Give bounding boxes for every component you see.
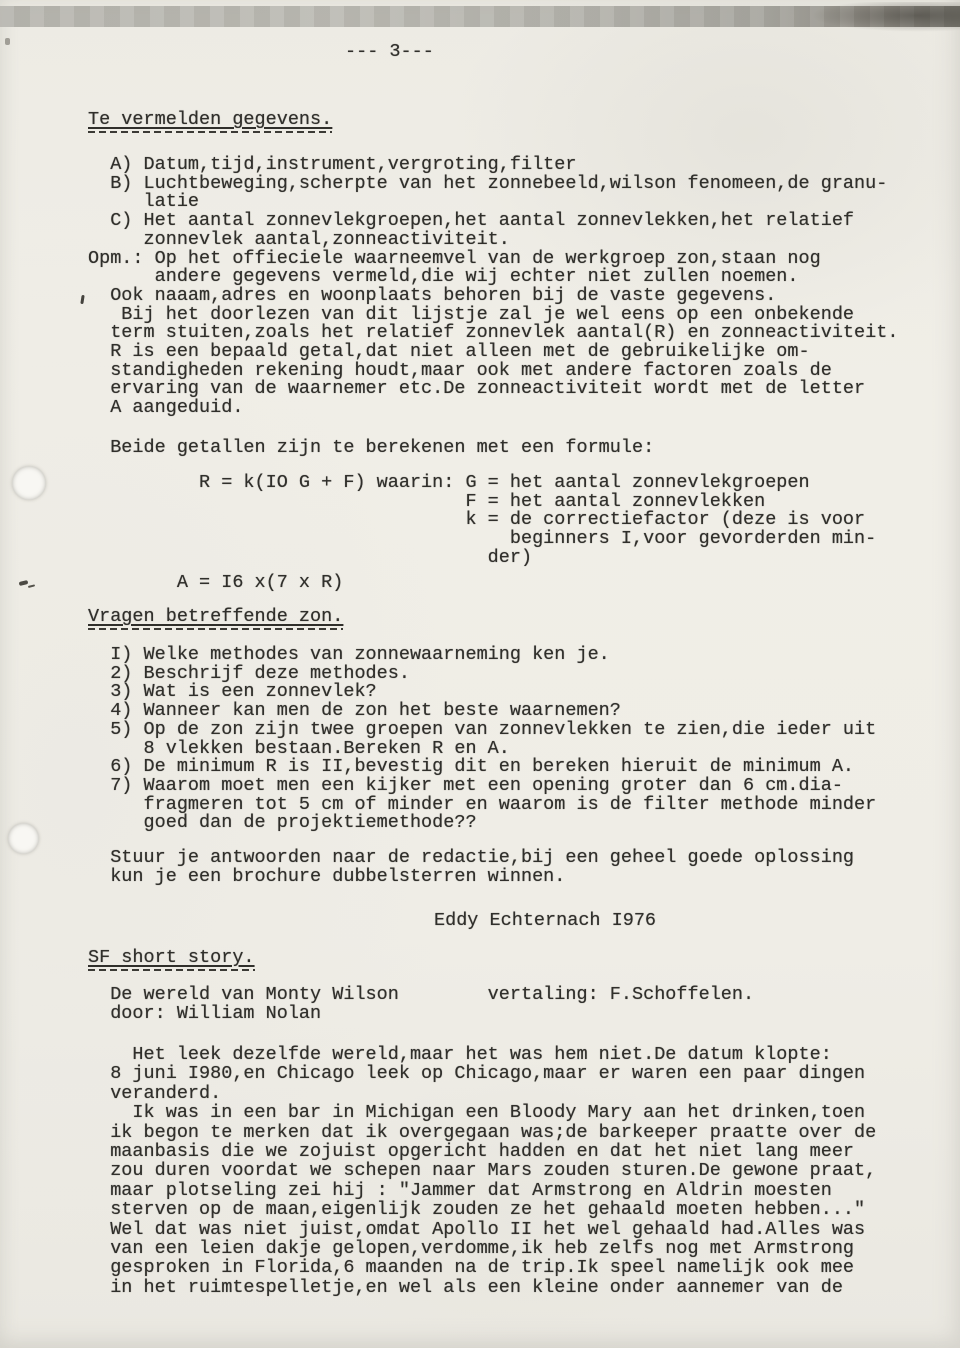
page-number: --- 3--- [345,43,434,62]
gegevens-intro-text: A) Datum,tijd,instrument,vergroting,filt… [88,156,898,418]
dashed-underline [88,131,332,133]
margin-apostrophe-mark [80,295,84,304]
section-heading-sf-short-story: SF short story. [88,948,255,971]
questions-list: I) Welke methodes van zonnewaarneming ke… [88,646,876,833]
dashed-underline [88,628,343,630]
signature-line: Eddy Echternach I976 [434,911,656,930]
scan-edge-smudge [810,2,960,32]
heading-text: Vragen betreffende zon. [88,607,343,626]
relative-number-formula: R = k(IO G + F) waarin: G = het aantal z… [88,474,876,568]
heading-text: Te vermelden gegevens. [88,110,332,129]
activity-formula-line: A = I6 x(7 x R) [88,573,343,592]
story-title-block: De wereld van Monty Wilson vertaling: F.… [88,985,754,1023]
dashed-underline [88,969,255,971]
punch-hole-top [12,466,46,500]
pencil-mark [19,580,29,586]
section-heading-gegevens: Te vermelden gegevens. [88,110,332,133]
closing-text: Stuur je antwoorden naar de redactie,bij… [88,849,854,886]
scanned-document-page: --- 3--- Te vermelden gegevens. A) Datum… [0,0,960,1348]
story-text: Het leek dezelfde wereld,maar het was he… [88,1045,876,1297]
section-heading-vragen: Vragen betreffende zon. [88,607,343,630]
punch-hole-bottom [8,823,39,854]
margin-speck [5,38,10,45]
formula-intro-line: Beide getallen zijn te berekenen met een… [88,438,654,457]
heading-text: SF short story. [88,948,255,967]
